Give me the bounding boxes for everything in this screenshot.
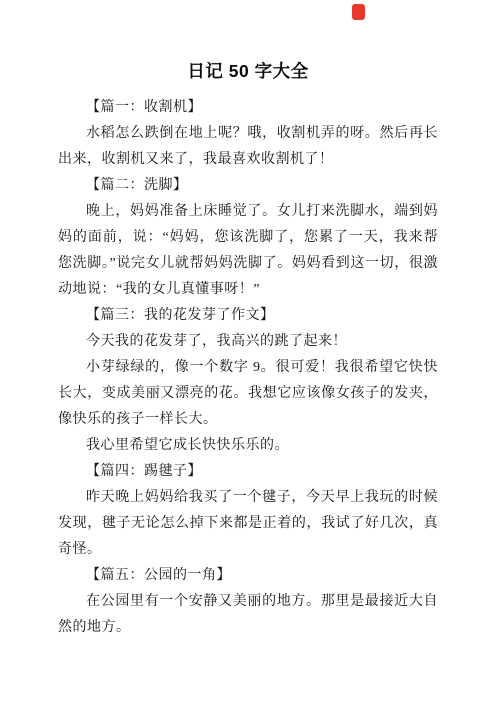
section-heading: 【篇二：洗脚】	[58, 173, 438, 199]
document-body: 【篇一：收割机】水稻怎么跌倒在地上呢？哦，收割机弄的呀。然后再长出来，收割机又来…	[58, 95, 438, 641]
paragraph: 水稻怎么跌倒在地上呢？哦，收割机弄的呀。然后再长出来，收割机又来了，我最喜欢收割…	[58, 121, 438, 173]
section-heading: 【篇三：我的花发芽了作文】	[58, 303, 438, 329]
document-page: 日记 50 字大全 【篇一：收割机】水稻怎么跌倒在地上呢？哦，收割机弄的呀。然后…	[0, 0, 496, 702]
document-title: 日记 50 字大全	[0, 0, 496, 84]
paragraph: 今天我的花发芽了，我高兴的跳了起来！	[58, 329, 438, 355]
paragraph: 晚上，妈妈准备上床睡觉了。女儿打来洗脚水，端到妈妈的面前，说：“妈妈，您该洗脚了…	[58, 199, 438, 303]
section-heading: 【篇一：收割机】	[58, 95, 438, 121]
click-marker-icon	[352, 4, 365, 20]
section-heading: 【篇五：公园的一角】	[58, 563, 438, 589]
paragraph: 昨天晚上妈妈给我买了一个毽子，今天早上我玩的时候发现，毽子无论怎么掉下来都是正着…	[58, 485, 438, 563]
paragraph: 我心里希望它成长快快乐乐的。	[58, 433, 438, 459]
paragraph: 在公园里有一个安静又美丽的地方。那里是最接近大自然的地方。	[58, 589, 438, 641]
section-heading: 【篇四：踢毽子】	[58, 459, 438, 485]
paragraph: 小芽绿绿的，像一个数字 9。很可爱！我很希望它快快长大，变成美丽又漂亮的花。我想…	[58, 355, 438, 433]
